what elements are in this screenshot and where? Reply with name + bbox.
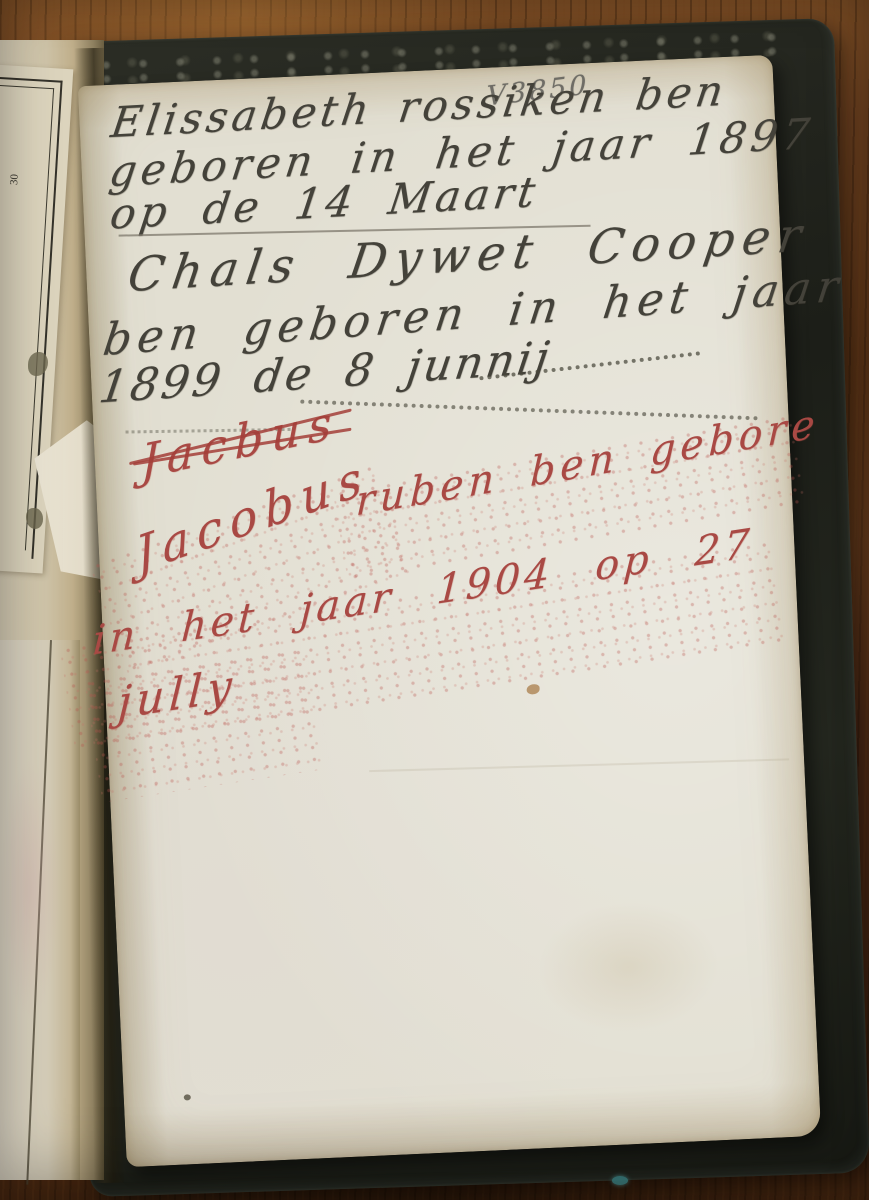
ink-dot-trail-2 [300,400,758,421]
register-page: V3850 Elissabeth rossiken ben geboren in… [78,55,821,1167]
stain-faint-large [535,898,721,1036]
stain-spot-small [526,684,539,695]
cover-bottom-glint [612,1176,628,1185]
photo-scene: 30 V3850 Elissabeth rossiken ben geboren… [0,0,869,1200]
paper-crease-line [369,758,789,771]
printed-page-number: 30 [8,174,21,186]
ink-speck [184,1094,191,1100]
pink-paper-stain [0,760,60,1020]
paper-speck-2 [26,508,43,529]
